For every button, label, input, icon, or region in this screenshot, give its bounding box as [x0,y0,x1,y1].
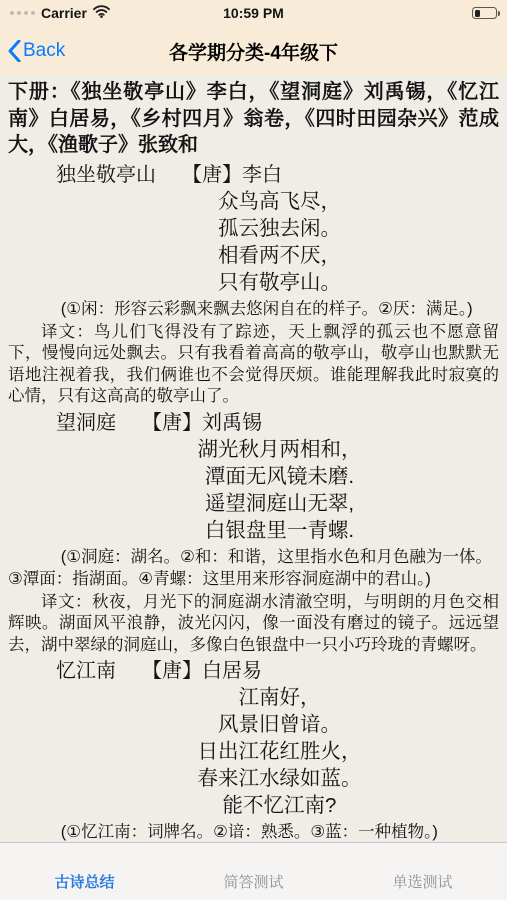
tab-label: 简答测试 [223,871,283,892]
app-screen: Carrier 10:59 PM Back 各学期 [0,0,507,900]
poem-verse-line: 只有敬亭山。 [8,269,499,296]
poem-translation: 译文：鸟儿们飞得没有了踪迹，天上飘浮的孤云也不愿意留下，慢慢向远处飘去。只有我看… [8,322,499,408]
status-right [472,7,497,19]
back-button-label: Back [23,40,65,62]
battery-icon [472,7,497,19]
poem-title-row: 独坐敬亭山【唐】李白 [8,162,499,188]
bottom-tab-bar: 古诗总结简答测试单选测试 [0,842,507,900]
poem-verse-line: 相看两不厌， [8,242,499,269]
poem-verse-line: 孤云独去闲。 [8,215,499,242]
poem-title: 忆江南 [56,660,116,682]
poem-title-row: 望洞庭【唐】刘禹锡 [8,410,499,436]
poem-section: 望洞庭【唐】刘禹锡湖光秋月两相和，潭面无风镜未磨.遥望洞庭山无翠,白银盘里一青螺… [8,410,499,657]
poem-author: 【唐】李白 [182,164,282,186]
poem-verse-line: 遥望洞庭山无翠, [8,490,499,517]
tab-简答测试[interactable]: 简答测试 [169,843,338,900]
tab-label: 单选测试 [392,871,452,892]
poem-verse-line: 春来江水绿如蓝。 [8,765,499,792]
poem-author: 【唐】白居易 [142,660,262,682]
tab-单选测试[interactable]: 单选测试 [338,843,507,900]
poem-verse-line: 日出江花红胜火， [8,738,499,765]
page-title: 各学期分类-4年级下 [169,38,338,65]
poem-verse-line: 江南好， [8,684,499,711]
poem-verse-line: 白银盘里一青螺. [8,517,499,544]
poem-list: 独坐敬亭山【唐】李白众鸟高飞尽，孤云独去闲。相看两不厌，只有敬亭山。(①闲：形容… [8,162,499,843]
poem-verse-line: 潭面无风镜未磨. [8,463,499,490]
back-button[interactable]: Back [8,26,65,76]
poem-translation: 译文：秋夜，月光下的洞庭湖水清澈空明，与明朗的月色交相辉映。湖面风平浪静，波光闪… [8,592,499,657]
poem-verse-line: 风景旧曾谙。 [8,711,499,738]
poem-annotations: (①闲：形容云彩飘来飘去悠闲自在的样子。②厌：满足。) [8,298,499,320]
chevron-left-icon [8,40,21,62]
tab-古诗总结[interactable]: 古诗总结 [0,843,169,900]
poem-annotations: (①洞庭：湖名。②和：和谐，这里指水色和月色融为一体。③潭面：指湖面。④青螺：这… [8,546,499,590]
poem-verse-line: 湖光秋月两相和， [8,436,499,463]
poem-title: 独坐敬亭山 [56,164,156,186]
poem-content-scroll[interactable]: 下册：《独坐敬亭山》李白，《望洞庭》刘禹锡，《忆江南》白居易，《乡村四月》翁卷，… [0,76,507,842]
poem-section: 忆江南【唐】白居易江南好，风景旧曾谙。日出江花红胜火，春来江水绿如蓝。能不忆江南… [8,658,499,842]
poem-verse-line: 能不忆江南? [8,792,499,819]
poem-title: 望洞庭 [56,412,116,434]
status-time: 10:59 PM [0,5,507,21]
poem-annotations: (①忆江南：词牌名。②谙：熟悉。③蓝：一种植物。) [8,821,499,842]
poem-verse-line: 众鸟高飞尽， [8,188,499,215]
poem-title-row: 忆江南【唐】白居易 [8,658,499,684]
tab-label: 古诗总结 [54,871,114,892]
semester-intro-text: 下册：《独坐敬亭山》李白，《望洞庭》刘禹锡，《忆江南》白居易，《乡村四月》翁卷，… [8,79,499,159]
navigation-bar: Back 各学期分类-4年级下 [0,26,507,76]
poem-author: 【唐】刘禹锡 [142,412,262,434]
status-bar: Carrier 10:59 PM [0,0,507,26]
poem-section: 独坐敬亭山【唐】李白众鸟高飞尽，孤云独去闲。相看两不厌，只有敬亭山。(①闲：形容… [8,162,499,408]
